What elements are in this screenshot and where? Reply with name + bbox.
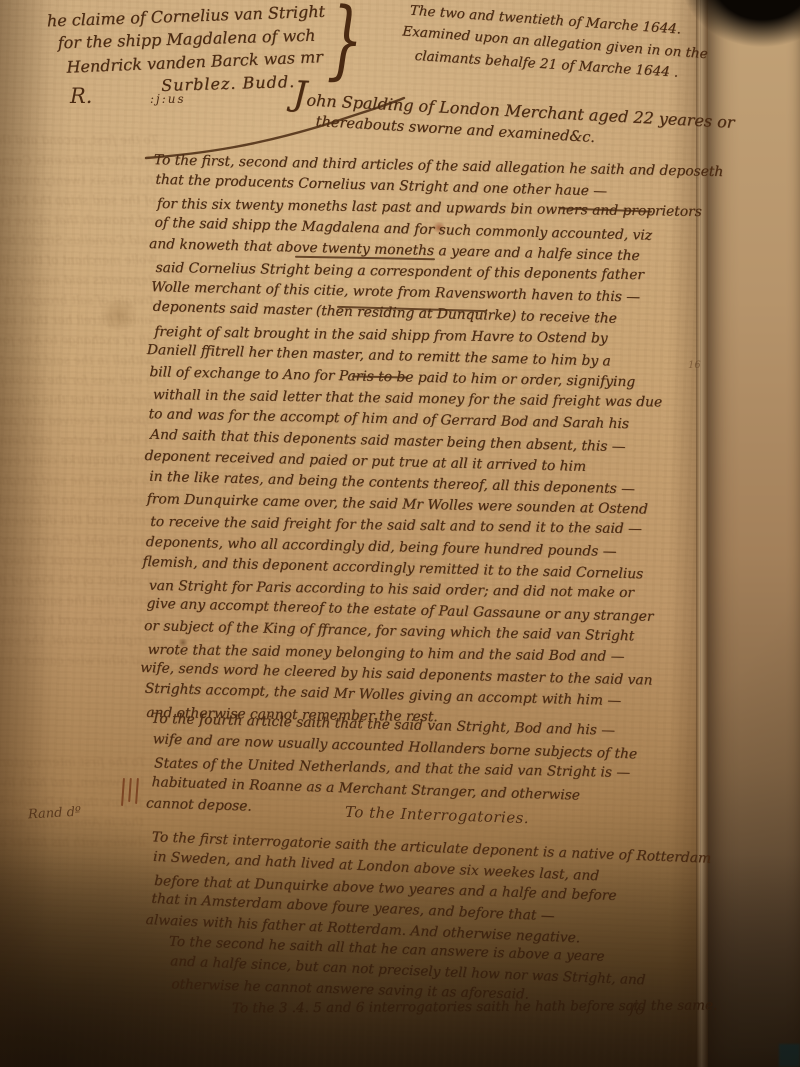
manuscript-line: withall in the said letter that the said… xyxy=(0,349,154,370)
manuscript-line: flemish, and this deponent accordingly r… xyxy=(0,510,158,531)
manuscript-line: deponents, who all accordingly did, bein… xyxy=(0,490,158,510)
manuscript-line: that the producents Cornelius van Strigh… xyxy=(0,150,156,171)
manuscript-line: or subject of the King of ffrance, for s… xyxy=(0,570,158,590)
manuscript-line: to and was for the accompt of him and of… xyxy=(0,370,158,390)
manuscript-line: Strights accompt, the said Mr Wolles giv… xyxy=(0,630,156,651)
manuscript-line: from Dunquirke came over, the said Mr Wo… xyxy=(0,450,158,470)
deposition-paragraph-1: To the first, second and third articles … xyxy=(142,150,716,734)
manuscript-line: wife, sends word he cleered by his said … xyxy=(0,610,158,631)
manuscript-line: Wolle merchant of this citie, wrote from… xyxy=(0,250,158,270)
manuscript-line: alwaies with his father at Rotterdam. An… xyxy=(0,832,146,853)
manuscript-line: and otherwise cannot remember the rest. xyxy=(0,649,154,670)
manuscript-line: give any accompt thereof to the estate o… xyxy=(0,550,156,571)
binding-corner xyxy=(779,1044,800,1067)
manuscript-line: and knoweth that above twenty moneths a … xyxy=(0,210,158,231)
foxing-stain xyxy=(96,300,142,330)
manuscript-photo: To the first, second and third articles … xyxy=(0,0,800,1067)
manuscript-line: to receive the said freight for the said… xyxy=(0,469,154,490)
manuscript-line: And saith that this deponents said maste… xyxy=(0,390,156,411)
manuscript-line: To the first interrogatorie saith the ar… xyxy=(0,752,146,772)
manuscript-line: van Stright for Paris according to his s… xyxy=(0,529,154,550)
docket-note: he claime of Cornelius van Strightfor th… xyxy=(46,0,359,101)
bleedthrough-text: To the first, second and third articles … xyxy=(0,130,158,730)
margin-number: 16 xyxy=(688,360,701,371)
manuscript-line: bill of exchange to Ano for Paris to be … xyxy=(0,330,158,350)
ink-blot-mark xyxy=(118,778,144,808)
manuscript-line: wrote that the said money belonging to h… xyxy=(0,589,154,610)
manuscript-line: for this six twenty moneths last past an… xyxy=(0,169,154,190)
margin-note: Rand dº xyxy=(28,805,82,823)
folio-mark: fo xyxy=(629,999,646,1019)
manuscript-line: in the like rates, and being the content… xyxy=(0,430,156,451)
docket-brace: } xyxy=(326,0,364,91)
manuscript-line: deponent received and paied or put true … xyxy=(0,410,158,431)
receipt-mark: R. xyxy=(70,84,93,108)
manuscript-line: To the first, second and third articles … xyxy=(0,130,158,150)
manuscript-line: deponents said master (then residing at … xyxy=(0,270,156,291)
manuscript-line: said Cornelius Stright being a correspon… xyxy=(0,229,154,250)
manuscript-line: of the said shipp the Magdalena and for … xyxy=(0,190,156,211)
